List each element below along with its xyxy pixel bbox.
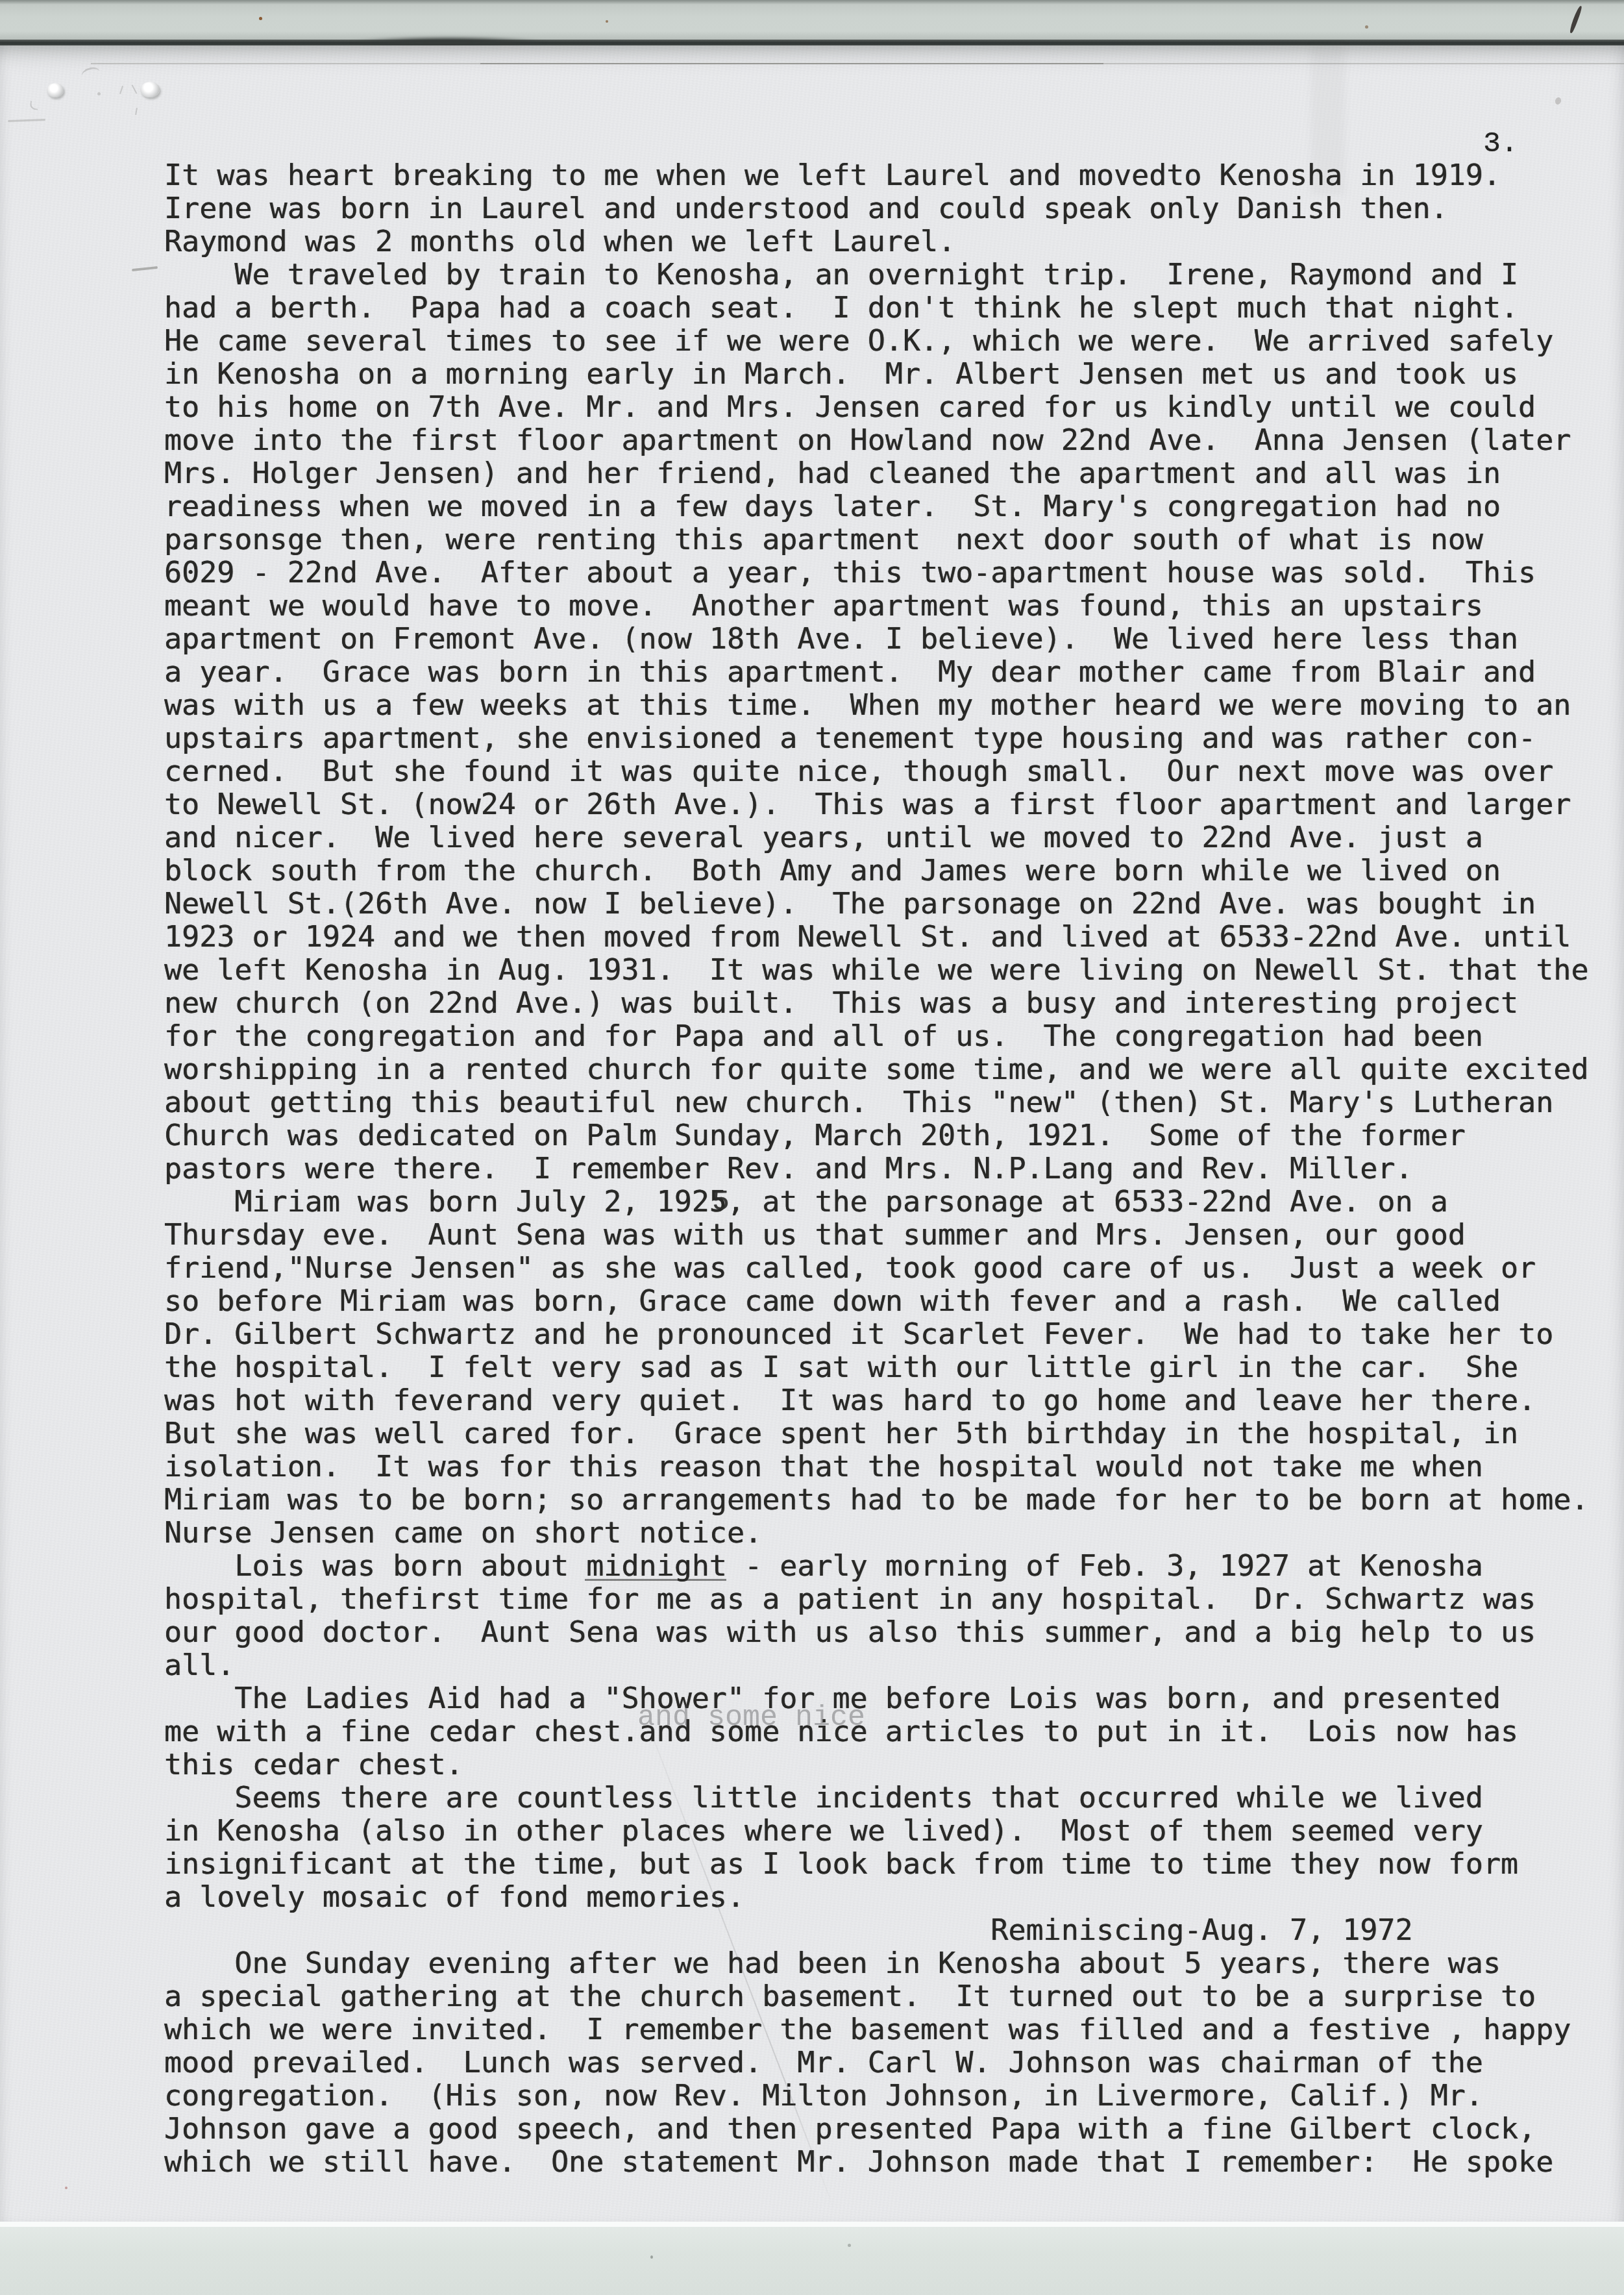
red-speck [65,2187,68,2189]
rust-speck [259,17,262,20]
pencil-dash [8,119,45,122]
scanned-page: 3. It was heart breaking to me when we l… [0,0,1624,2295]
pencil-scribble [132,84,138,93]
scan-hairline [480,63,1103,64]
paper-sheet: 3. It was heart breaking to me when we l… [0,45,1624,2222]
scan-speck [650,2255,653,2259]
ghost-text: and some nice [637,1701,865,1734]
rust-speck [1365,25,1368,29]
page-number: 3. [1483,127,1518,160]
scan-speck [848,2244,851,2247]
pencil-scribble [135,108,138,115]
pencil-scribble [97,92,101,95]
scanner-bottom-band [0,2222,1624,2295]
pencil-dash [132,266,158,271]
scan-fleck [1554,97,1562,105]
staple-dimple [140,82,160,97]
typewritten-text: It was heart breaking to me when we left… [164,158,1588,2178]
rust-speck [606,20,608,23]
scanner-top-band [0,0,1624,45]
pencil-scribble [119,86,123,94]
overstruck-character: 5 [712,1185,730,1219]
staple-dimple [47,83,64,97]
pencil-scribble [80,66,101,82]
pencil-scribble [29,101,39,110]
underline-mark [585,1579,726,1581]
